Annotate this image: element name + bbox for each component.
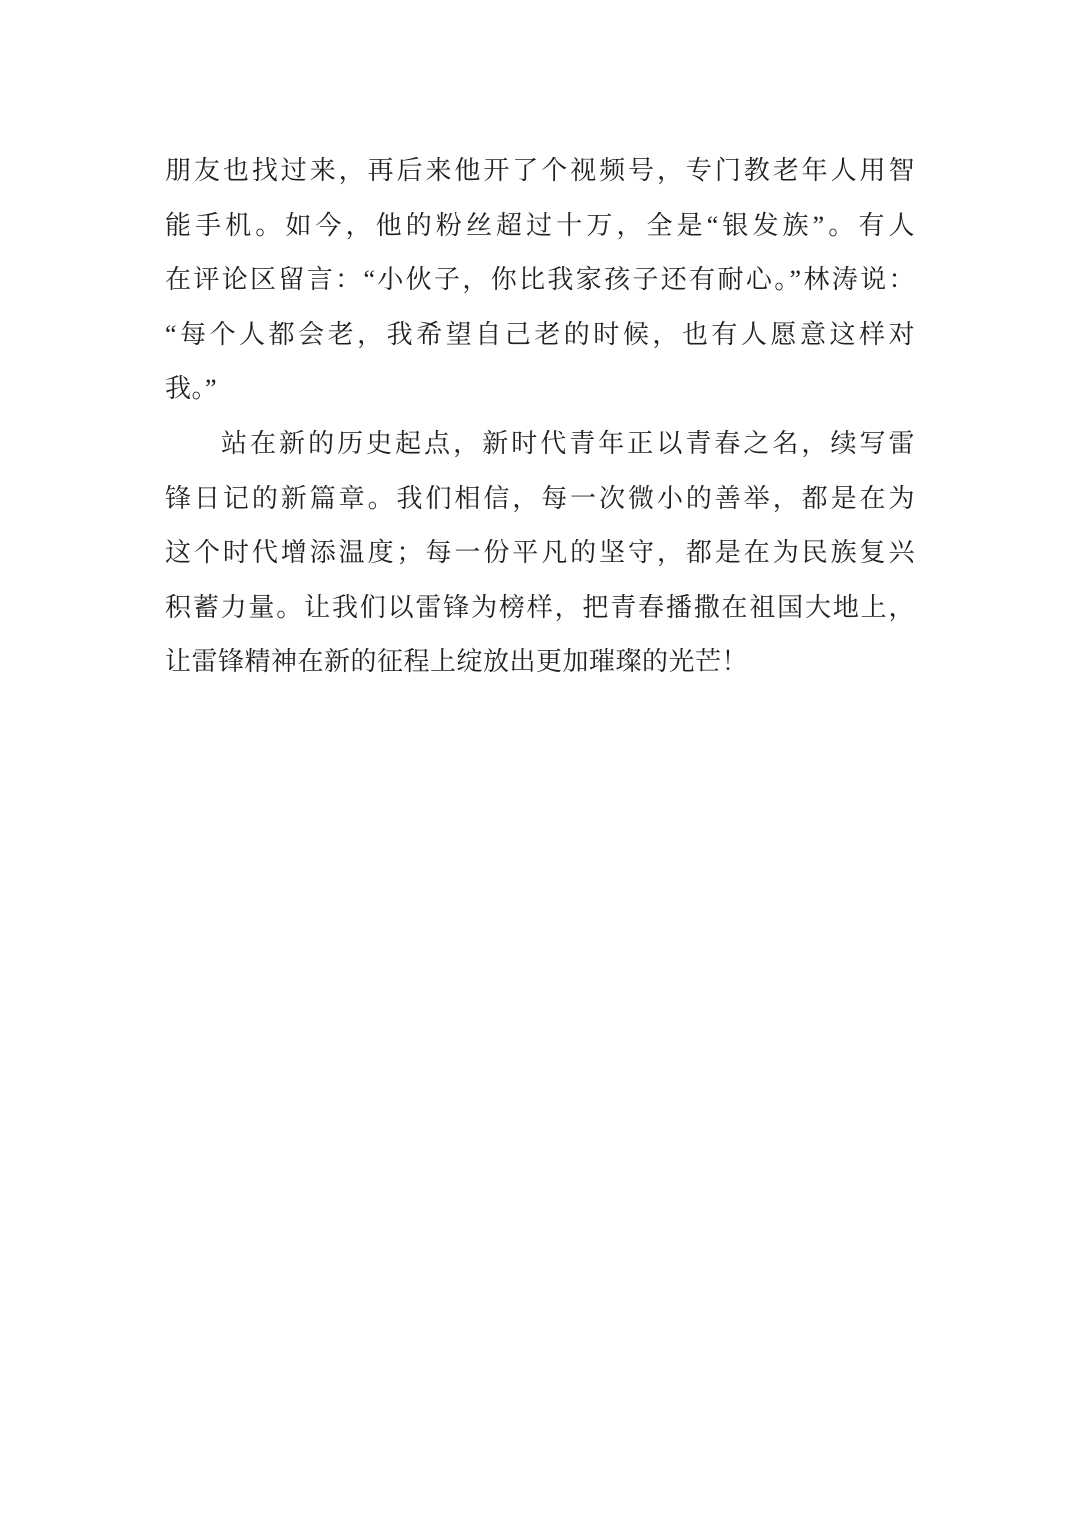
text-line: 在评论区留言：“小伙子，你比我家孩子还有耐心。”林涛说： [165, 253, 915, 308]
document-page: 朋友也找过来，再后来他开了个视频号，专门教老年人用智能手机。如今，他的粉丝超过十… [0, 0, 1080, 1525]
text-line: 这个时代增添温度；每一份平凡的坚守，都是在为民族复兴 [165, 526, 915, 581]
paragraph: 朋友也找过来，再后来他开了个视频号，专门教老年人用智能手机。如今，他的粉丝超过十… [165, 144, 915, 417]
text-line: 积蓄力量。让我们以雷锋为榜样，把青春播撒在祖国大地上， [165, 581, 915, 636]
text-line: 我。” [165, 362, 915, 417]
paragraph: 站在新的历史起点，新时代青年正以青春之名，续写雷锋日记的新篇章。我们相信，每一次… [165, 417, 915, 690]
document-body: 朋友也找过来，再后来他开了个视频号，专门教老年人用智能手机。如今，他的粉丝超过十… [165, 144, 915, 690]
text-line: “每个人都会老，我希望自己老的时候，也有人愿意这样对 [165, 308, 915, 363]
text-line: 锋日记的新篇章。我们相信，每一次微小的善举，都是在为 [165, 472, 915, 527]
text-line: 朋友也找过来，再后来他开了个视频号，专门教老年人用智 [165, 144, 915, 199]
text-line: 能手机。如今，他的粉丝超过十万，全是“银发族”。有人 [165, 199, 915, 254]
text-line: 站在新的历史起点，新时代青年正以青春之名，续写雷 [165, 417, 915, 472]
text-line: 让雷锋精神在新的征程上绽放出更加璀璨的光芒！ [165, 635, 915, 690]
